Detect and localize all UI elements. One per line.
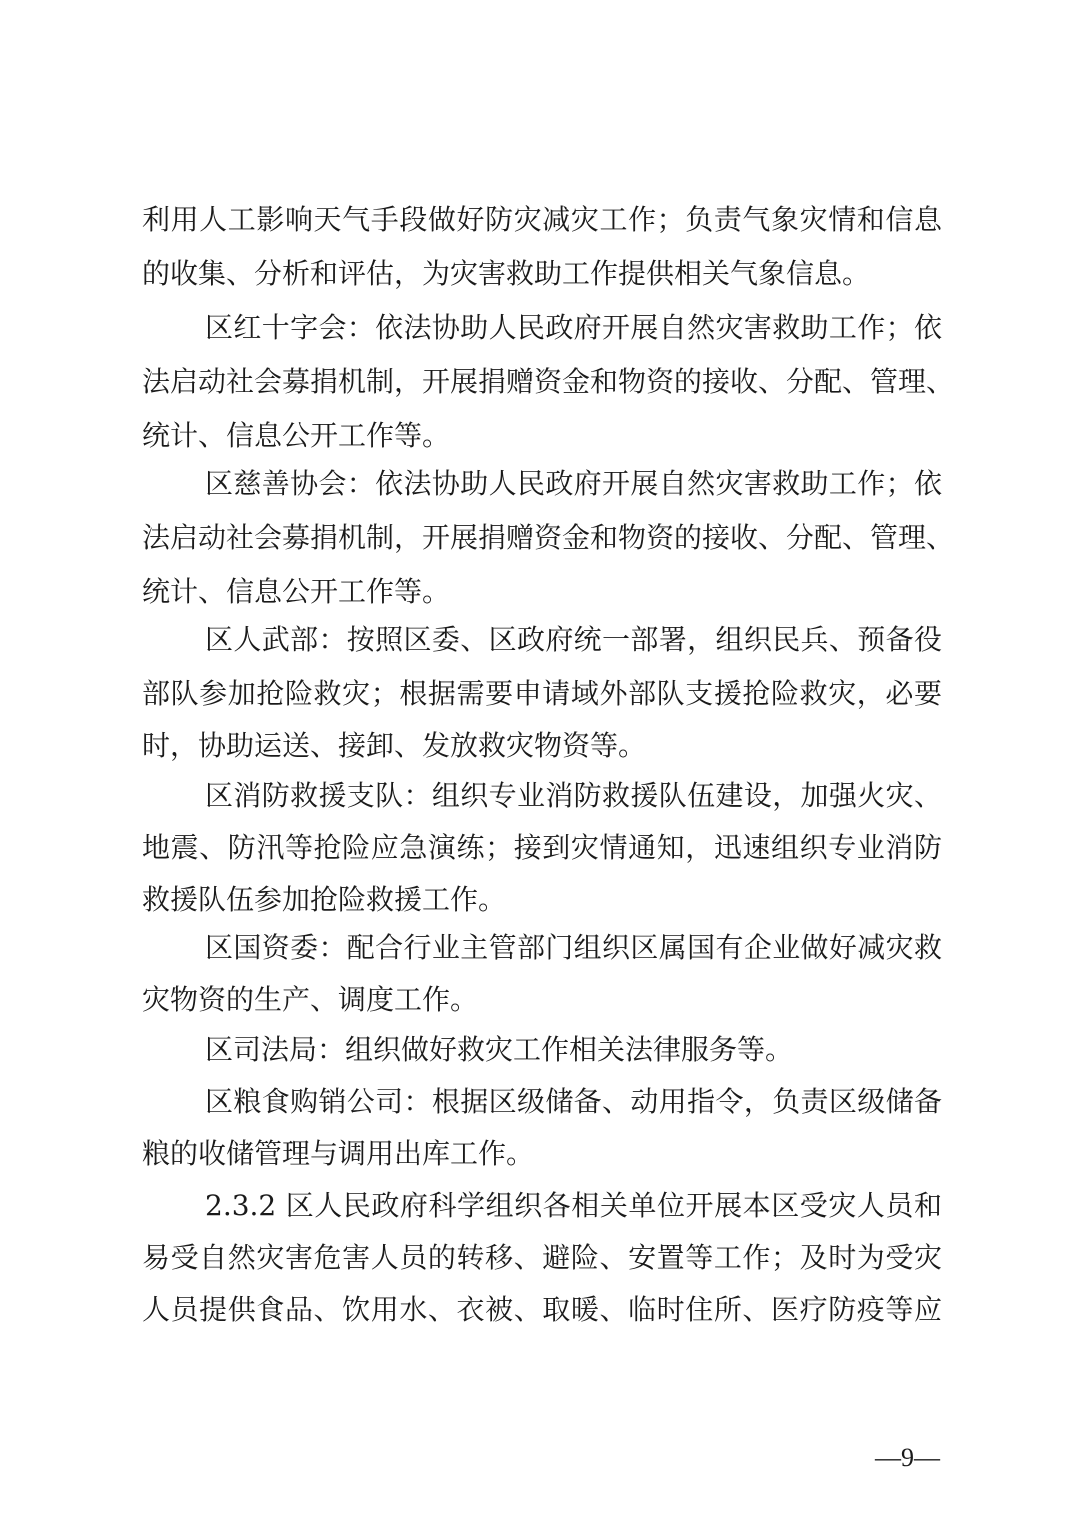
paragraph-fire-rescue-start: 区消防救援支队：组织专业消防救援队伍建设，加强火灾、 [205, 776, 942, 816]
text-line: 部队参加抢险救灾；根据需要申请域外部队支援抢险救灾，必要 [142, 674, 942, 714]
page-number: —9— [870, 1440, 940, 1476]
document-page: 利用人工影响天气手段做好防灾减灾工作；负责气象灾情和信息 的收集、分析和评估，为… [0, 0, 1074, 1520]
paragraph-red-cross-start: 区红十字会：依法协助人民政府开展自然灾害救助工作；依 [205, 308, 942, 348]
text-line: 地震、防汛等抢险应急演练；接到灾情通知，迅速组织专业消防 [142, 828, 942, 868]
text-line: 利用人工影响天气手段做好防灾减灾工作；负责气象灾情和信息 [142, 200, 942, 240]
paragraph-grain-company-start: 区粮食购销公司：根据区级储备、动用指令，负责区级储备 [205, 1082, 942, 1122]
text-line: 救援队伍参加抢险救援工作。 [142, 880, 942, 920]
paragraph-2-3-2-start: 2.3.2 区人民政府科学组织各相关单位开展本区受灾人员和 [205, 1186, 942, 1226]
paragraph-sasac-start: 区国资委：配合行业主管部门组织区属国有企业做好减灾救 [205, 928, 942, 968]
text-line: 统计、信息公开工作等。 [142, 416, 942, 456]
text-line: 粮的收储管理与调用出库工作。 [142, 1134, 942, 1174]
paragraph-armed-forces-start: 区人武部：按照区委、区政府统一部署，组织民兵、预备役 [205, 620, 942, 660]
text-line: 人员提供食品、饮用水、衣被、取暖、临时住所、医疗防疫等应 [142, 1290, 942, 1330]
paragraph-charity-start: 区慈善协会：依法协助人民政府开展自然灾害救助工作；依 [205, 464, 942, 504]
text-line: 灾物资的生产、调度工作。 [142, 980, 942, 1020]
text-line: 的收集、分析和评估，为灾害救助工作提供相关气象信息。 [142, 254, 942, 294]
text-line: 法启动社会募捐机制，开展捐赠资金和物资的接收、分配、管理、 [142, 362, 942, 402]
text-line: 统计、信息公开工作等。 [142, 572, 942, 612]
text-line: 易受自然灾害危害人员的转移、避险、安置等工作；及时为受灾 [142, 1238, 942, 1278]
text-line: 法启动社会募捐机制，开展捐赠资金和物资的接收、分配、管理、 [142, 518, 942, 558]
text-line: 时，协助运送、接卸、发放救灾物资等。 [142, 726, 942, 766]
paragraph-justice-bureau: 区司法局：组织做好救灾工作相关法律服务等。 [205, 1030, 942, 1070]
